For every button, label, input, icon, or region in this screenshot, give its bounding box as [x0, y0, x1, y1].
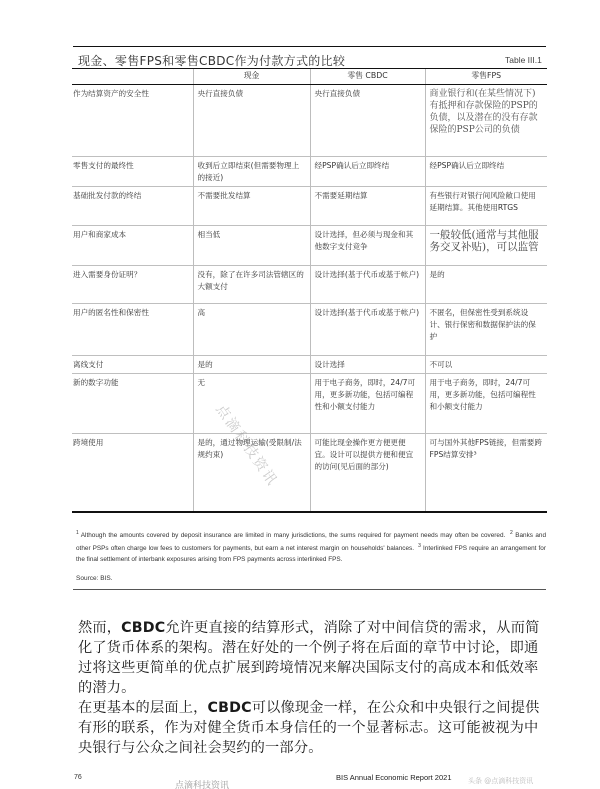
footnote-marker: 1 [76, 530, 79, 536]
cell-fps: 用于电子商务，即时，24/7可用，更多新功能，包括可编程性和小额支付能力 [425, 374, 547, 434]
cell-fps: 是的 [425, 266, 547, 304]
page-number: 76 [74, 774, 82, 781]
row-label: 离线支付 [72, 356, 193, 374]
footer-watermark-right: 头条 @点滴科技资讯 [468, 776, 533, 786]
table-row: 新的数字功能 无 用于电子商务，即时，24/7可用，更多新功能，包括可编程性和小… [72, 374, 547, 434]
report-name: BIS Annual Economic Report 2021 [336, 773, 452, 782]
table-header-row: 现金 零售 CBDC 零售FPS [72, 69, 547, 85]
column-header-cbdc: 零售 CBDC [310, 69, 425, 85]
table-row: 离线支付 是的 设计选择 不可以 [72, 356, 547, 374]
text-run-bold: CBDC [121, 620, 165, 636]
footnote-marker: 2 [510, 530, 513, 536]
row-label: 零售支付的最终性 [72, 157, 193, 187]
cell-cash: 收到后立即结束(但需要物理上的接近) [193, 157, 310, 187]
cell-cbdc: 可能比现金操作更方便更便宜。设计可以提供方便和便宜的访问(见后面的部分) [310, 434, 425, 512]
cell-fps: 商业银行和(在某些情况下)有抵押和存款保险的PSP的负债，以及潜在的没有存款保险… [425, 85, 547, 157]
row-label: 用户的匿名性和保密性 [72, 304, 193, 356]
cell-cash: 没有，除了在许多司法管辖区的大额支付 [193, 266, 310, 304]
cell-cash: 是的 [193, 356, 310, 374]
table-id: Table III.1 [505, 55, 542, 65]
text-run: 在更基本的层面上， [78, 700, 208, 716]
column-header-fps: 零售FPS [425, 69, 547, 85]
column-header-cash: 现金 [193, 69, 310, 85]
document-page: 现金、零售FPS和零售CBDC作为付款方式的比较 Table III.1 现金 … [0, 0, 600, 789]
cell-fps: 一般较低(通常与其他服务交叉补贴)，可以监管 [425, 226, 547, 266]
table-row: 作为结算资产的安全性 央行直接负债 央行直接负债 商业银行和(在某些情况下)有抵… [72, 85, 547, 157]
footnotes: 1 Although the amounts covered by deposi… [76, 528, 546, 565]
cell-fps: 经PSP确认后立即终结 [425, 157, 547, 187]
table-row: 进入需要身份证明？ 没有，除了在许多司法管辖区的大额支付 设计选择(基于代币或基… [72, 266, 547, 304]
column-header-blank [72, 69, 193, 85]
cell-cbdc: 设计选择(基于代币或基于帐户) [310, 266, 425, 304]
cell-cbdc: 用于电子商务，即时，24/7可用，更多新功能，包括可编程性和小额支付能力 [310, 374, 425, 434]
row-label: 用户和商家成本 [72, 226, 193, 266]
cell-cbdc: 央行直接负债 [310, 85, 425, 157]
body-paragraph-2: 在更基本的层面上，CBDC可以像现金一样，在公众和中央银行之间提供有形的联系，作… [78, 698, 540, 758]
top-rule [73, 46, 546, 47]
cell-fps: 有些银行对银行间风险敞口使用延期结算。其他使用RTGS [425, 187, 547, 226]
row-label: 新的数字功能 [72, 374, 193, 434]
table-title: 现金、零售FPS和零售CBDC作为付款方式的比较 [78, 52, 345, 69]
cell-cbdc: 设计选择，但必须与现金和其他数字支付竞争 [310, 226, 425, 266]
cell-cash: 相当低 [193, 226, 310, 266]
row-label: 进入需要身份证明？ [72, 266, 193, 304]
row-label: 跨境使用 [72, 434, 193, 512]
comparison-table: 现金 零售 CBDC 零售FPS 作为结算资产的安全性 央行直接负债 央行直接负… [72, 68, 547, 513]
footer-watermark-left: 点滴科技资讯 [175, 778, 229, 789]
cell-cbdc: 设计选择 [310, 356, 425, 374]
text-run: 然而， [78, 620, 121, 636]
cell-fps: 不匿名，但保密性受到系统设计、银行保密和数据保护法的保护 [425, 304, 547, 356]
cell-cash: 央行直接负债 [193, 85, 310, 157]
cell-fps: 不可以 [425, 356, 547, 374]
cell-cash: 不需要批发结算 [193, 187, 310, 226]
table-row: 用户和商家成本 相当低 设计选择，但必须与现金和其他数字支付竞争 一般较低(通常… [72, 226, 547, 266]
table-row: 零售支付的最终性 收到后立即结束(但需要物理上的接近) 经PSP确认后立即终结 … [72, 157, 547, 187]
table-row: 跨境使用 是的，通过物理运输(受限制/法规约束) 可能比现金操作更方便更便宜。设… [72, 434, 547, 512]
cell-cbdc: 经PSP确认后立即终结 [310, 157, 425, 187]
text-run-bold: CBDC [208, 700, 252, 716]
cell-cbdc: 设计选择(基于代币或基于帐户) [310, 304, 425, 356]
cell-cash: 无 [193, 374, 310, 434]
footnote-marker: 3 [418, 543, 421, 549]
cell-cash: 高 [193, 304, 310, 356]
table-row: 用户的匿名性和保密性 高 设计选择(基于代币或基于帐户) 不匿名，但保密性受到系… [72, 304, 547, 356]
row-label: 作为结算资产的安全性 [72, 85, 193, 157]
body-paragraph-1: 然而，CBDC允许更直接的结算形式，消除了对中间信贷的需求，从而简化了货币体系的… [78, 618, 540, 698]
source-note: Source: BIS. [76, 575, 113, 582]
cell-fps: 可与国外其他FPS链接，但需要跨FPS结算安排³ [425, 434, 547, 512]
footnote-1: Although the amounts covered by deposit … [81, 532, 506, 539]
table-row: 基础批发付款的终结 不需要批发结算 不需要延期结算 有些银行对银行间风险敞口使用… [72, 187, 547, 226]
bottom-rule [73, 589, 546, 590]
cell-cbdc: 不需要延期结算 [310, 187, 425, 226]
row-label: 基础批发付款的终结 [72, 187, 193, 226]
